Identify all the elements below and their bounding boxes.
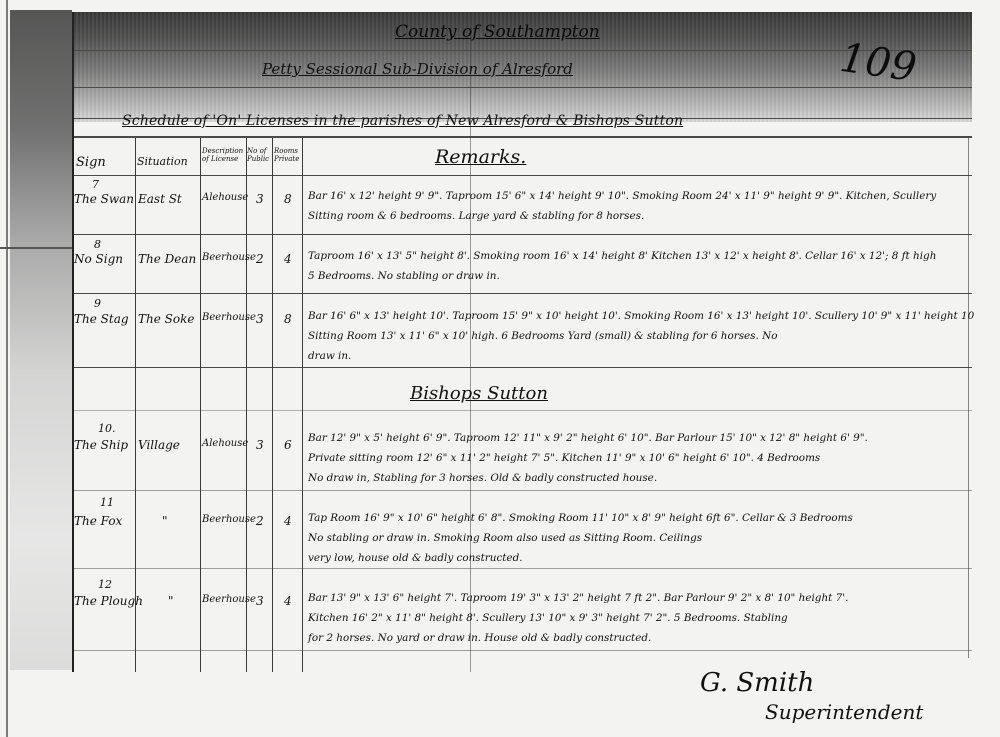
license-cell: Alehouse: [202, 192, 248, 203]
column-divider-public: [272, 138, 273, 672]
remarks-line: Bar 16' 6" x 13' height 10'. Taproom 15'…: [308, 310, 974, 322]
remarks-line: Bar 16' x 12' height 9' 9". Taproom 15' …: [308, 190, 936, 202]
remarks-line: very low, house old & badly constructed.: [308, 552, 523, 564]
remarks-line: 5 Bedrooms. No stabling or draw in.: [308, 270, 500, 282]
rule-line: [72, 568, 972, 569]
fold-line: [470, 12, 471, 672]
entry-number: 8: [94, 238, 101, 251]
schedule-title: Schedule of 'On' Licenses in the parishe…: [122, 113, 683, 129]
remarks-line: Sitting Room 13' x 11' 6" x 10' high. 6 …: [308, 330, 777, 342]
entry-number: 10.: [98, 422, 116, 435]
license-cell: Beerhouse: [202, 514, 256, 525]
private-rooms-cell: 8: [284, 192, 292, 206]
situation-cell: Village: [138, 438, 180, 452]
sign-cell: The Fox: [74, 514, 122, 528]
rule-line: [72, 175, 972, 176]
entry-number: 11: [100, 496, 114, 509]
situation-cell: East St: [138, 192, 182, 206]
sign-cell: No Sign: [74, 252, 123, 266]
sign-cell: The Stag: [74, 312, 129, 326]
public-rooms-cell: 3: [256, 438, 264, 452]
column-header-remarks: Remarks.: [435, 146, 526, 168]
column-divider-private: [302, 138, 303, 672]
rule-line: [72, 87, 972, 88]
rule-line: [72, 234, 972, 235]
situation-cell: The Soke: [138, 312, 194, 326]
remarks-line: Sitting room & 6 bedrooms. Large yard & …: [308, 210, 644, 222]
column-divider-right: [968, 138, 969, 658]
entry-number: 12: [98, 578, 112, 591]
remarks-line: Bar 12' 9" x 5' height 6' 9". Taproom 12…: [308, 432, 868, 444]
remarks-line: Private sitting room 12' 6" x 11' 2" hei…: [308, 452, 820, 464]
column-divider-situation: [200, 138, 201, 672]
column-header-private-rooms: Rooms Private: [274, 147, 302, 163]
remarks-line: Tap Room 16' 9" x 10' 6" height 6' 8". S…: [308, 512, 853, 524]
document-page: County of Southampton Petty Sessional Su…: [0, 0, 1000, 737]
column-header-description: Description of License: [202, 147, 246, 163]
public-rooms-cell: 2: [256, 252, 264, 266]
sign-cell: The Plough: [74, 594, 143, 608]
license-cell: Beerhouse: [202, 252, 256, 263]
rule-line: [72, 367, 972, 368]
private-rooms-cell: 4: [284, 514, 292, 528]
county-title: County of Southampton: [395, 22, 600, 42]
license-cell: Beerhouse: [202, 594, 256, 605]
rule-line: [72, 650, 972, 651]
remarks-line: draw in.: [308, 350, 351, 362]
signature-title: Superintendent: [765, 700, 923, 724]
binding-gutter-shadow: [10, 10, 72, 670]
column-divider-left-margin: [72, 12, 74, 672]
column-header-sign: Sign: [76, 155, 106, 170]
private-rooms-cell: 6: [284, 438, 292, 452]
remarks-line: for 2 horses. No yard or draw in. House …: [308, 632, 651, 644]
column-divider-description: [246, 138, 247, 672]
remarks-line: Taproom 16' x 13' 5" height 8'. Smoking …: [308, 250, 936, 262]
public-rooms-cell: 3: [256, 312, 264, 326]
margin-mark: [0, 247, 72, 249]
private-rooms-cell: 4: [284, 252, 292, 266]
rule-line: [72, 293, 972, 294]
sign-cell: The Swan: [74, 192, 134, 206]
rule-line: [72, 136, 972, 138]
column-header-public-rooms: No of Public: [247, 147, 273, 163]
remarks-line: Bar 13' 9" x 13' 6" height 7'. Taproom 1…: [308, 592, 848, 604]
page-edge-shadow: [6, 0, 8, 737]
signature-name: G. Smith: [700, 668, 814, 698]
license-cell: Beerhouse: [202, 312, 256, 323]
situation-cell: ": [168, 594, 174, 608]
remarks-line: No stabling or draw in. Smoking Room als…: [308, 532, 702, 544]
column-header-situation: Situation: [137, 155, 188, 168]
rule-line: [72, 50, 972, 51]
license-cell: Alehouse: [202, 438, 248, 449]
situation-cell: ": [162, 514, 168, 528]
private-rooms-cell: 4: [284, 594, 292, 608]
remarks-line: Kitchen 16' 2" x 11' 8" height 8'. Scull…: [308, 612, 788, 624]
public-rooms-cell: 2: [256, 514, 264, 528]
column-divider-sign: [135, 138, 136, 672]
section-heading-bishops-sutton: Bishops Sutton: [410, 383, 548, 404]
division-title: Petty Sessional Sub-Division of Alresfor…: [262, 60, 573, 78]
public-rooms-cell: 3: [256, 594, 264, 608]
remarks-line: No draw in, Stabling for 3 horses. Old &…: [308, 472, 657, 484]
private-rooms-cell: 8: [284, 312, 292, 326]
sign-cell: The Ship: [74, 438, 128, 452]
entry-number: 9: [94, 297, 101, 310]
situation-cell: The Dean: [138, 252, 196, 266]
public-rooms-cell: 3: [256, 192, 264, 206]
entry-number: 7: [92, 178, 99, 191]
rule-line: [72, 490, 972, 491]
rule-line: [72, 410, 972, 411]
